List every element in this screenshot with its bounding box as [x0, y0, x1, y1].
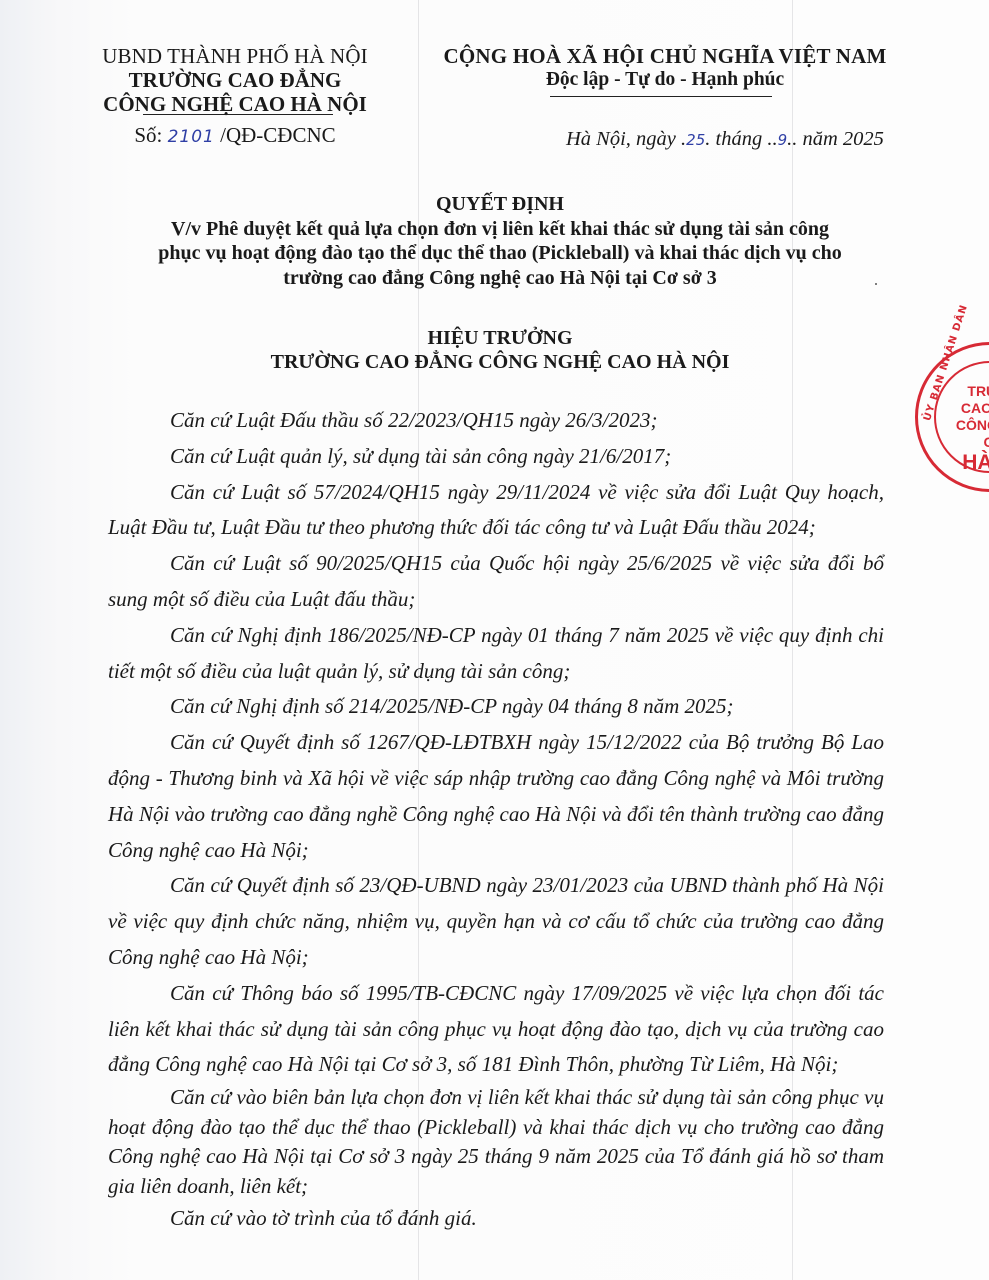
authority-school: TRƯỜNG CAO ĐẲNG CÔNG NGHỆ CAO HÀ NỘI — [200, 350, 800, 374]
legal-basis-item: Căn cứ Nghị định số 214/2025/NĐ-CP ngày … — [108, 689, 884, 725]
header-underline — [143, 114, 333, 115]
motto-underline — [550, 96, 772, 97]
national-header-block: CỘNG HOÀ XÃ HỘI CHỦ NGHĨA VIỆT NAM Độc l… — [425, 44, 905, 97]
document-page: UBND THÀNH PHỐ HÀ NỘI TRƯỜNG CAO ĐẲNG CÔ… — [0, 0, 989, 1280]
legal-basis-item: Căn cứ vào tờ trình của tổ đánh giá. — [108, 1201, 884, 1237]
national-motto: Độc lập - Tự do - Hạnh phúc — [425, 68, 905, 92]
seal-center-text: TRƯỜNG CAO ĐẲNG CÔNG NGHỆ CAO HÀ NỘI — [944, 383, 989, 475]
date-month-label: . tháng .. — [705, 128, 777, 150]
decision-title-block: QUYẾT ĐỊNH V/v Phê duyệt kết quả lựa chọ… — [100, 192, 900, 290]
legal-basis-item: Căn cứ Luật Đấu thầu số 22/2023/QH15 ngà… — [108, 403, 884, 439]
document-number: Số: 2101 /QĐ-CĐCNC — [70, 123, 400, 149]
legal-basis-item: Căn cứ Luật số 90/2025/QH15 của Quốc hội… — [108, 546, 884, 618]
scan-speck — [875, 638, 877, 640]
signing-authority: HIỆU TRƯỞNG TRƯỜNG CAO ĐẲNG CÔNG NGHỆ CA… — [200, 326, 800, 374]
legal-basis-item: Căn cứ Quyết định số 23/QĐ-UBND ngày 23/… — [108, 868, 884, 975]
seal-line-1: TRƯỜNG — [944, 383, 989, 400]
issuing-authority-block: UBND THÀNH PHỐ HÀ NỘI TRƯỜNG CAO ĐẲNG CÔ… — [70, 44, 400, 149]
decision-heading: QUYẾT ĐỊNH — [100, 192, 900, 217]
doc-number-handwritten: 2101 — [168, 127, 215, 147]
doc-number-suffix: /QĐ-CĐCNC — [220, 123, 336, 147]
legal-basis-item: Căn cứ Luật quản lý, sử dụng tài sản côn… — [108, 439, 884, 475]
seal-line-2: CAO ĐẲNG — [944, 400, 989, 417]
legal-basis-item: Căn cứ Quyết định số 1267/QĐ-LĐTBXH ngày… — [108, 725, 884, 868]
legal-basis-item: Căn cứ Luật số 57/2024/QH15 ngày 29/11/2… — [108, 475, 884, 547]
legal-basis-item: Căn cứ Nghị định 186/2025/NĐ-CP ngày 01 … — [108, 618, 884, 690]
seal-line-4: HÀ NỘI — [944, 451, 989, 475]
seal-line-3: CÔNG NGHỆ CAO — [944, 417, 989, 451]
legal-basis-item: Căn cứ vào biên bản lựa chọn đơn vị liên… — [108, 1083, 884, 1201]
official-seal: ỦY BAN NHÂN DÂN TRƯỜNG CAO ĐẲNG CÔNG NGH… — [915, 342, 989, 492]
subject-line-1: V/v Phê duyệt kết quả lựa chọn đơn vị li… — [100, 217, 900, 242]
legal-basis-item: Căn cứ Thông báo số 1995/TB-CĐCNC ngày 1… — [108, 976, 884, 1083]
place-and-date: Hà Nội, ngày .25. tháng ..9.. năm 2025 — [566, 128, 884, 151]
school-name-line1: TRƯỜNG CAO ĐẲNG — [70, 68, 400, 92]
legal-bases: Căn cứ Luật Đấu thầu số 22/2023/QH15 ngà… — [108, 403, 884, 1237]
doc-number-prefix: Số: — [134, 123, 162, 147]
date-day-handwritten: 25 — [686, 131, 705, 149]
scan-speck — [875, 283, 877, 285]
date-place-label: Hà Nội, ngày . — [566, 128, 686, 150]
school-name-line2: CÔNG NGHỆ CAO HÀ NỘI — [70, 92, 400, 116]
parent-agency: UBND THÀNH PHỐ HÀ NỘI — [70, 44, 400, 68]
date-year-label: .. năm 2025 — [787, 128, 884, 150]
subject-line-2: phục vụ hoạt động đào tạo thể dục thể th… — [100, 241, 900, 266]
date-month-handwritten: 9 — [778, 131, 788, 149]
subject-line-3: trường cao đẳng Công nghệ cao Hà Nội tại… — [100, 266, 900, 291]
nation-title: CỘNG HOÀ XÃ HỘI CHỦ NGHĨA VIỆT NAM — [425, 44, 905, 68]
authority-title: HIỆU TRƯỞNG — [200, 326, 800, 350]
